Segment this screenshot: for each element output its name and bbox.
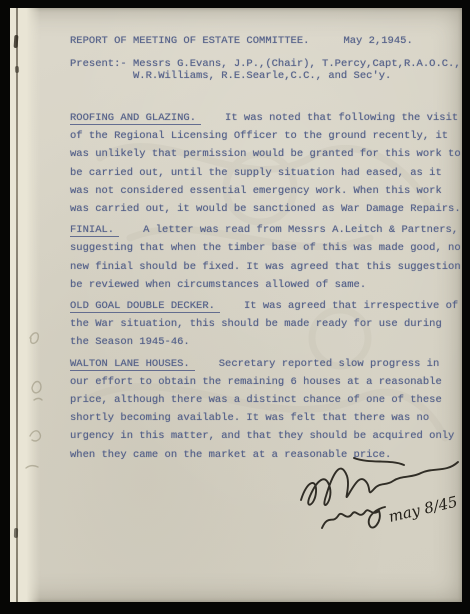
binding-stitch xyxy=(15,66,19,73)
section-heading: OLD GOAL DOUBLE DECKER. xyxy=(70,300,220,313)
handwritten-signature: may 8/45 xyxy=(298,448,470,544)
binding-stitch xyxy=(14,528,18,538)
section-body: It was noted that following the visit of… xyxy=(70,112,461,215)
section-roofing-and-glazing: ROOFING AND GLAZING.It was noted that fo… xyxy=(70,109,463,218)
attendees-line-2: W.R.Williams, R.E.Searle,C.C., and Sec'y… xyxy=(70,71,463,83)
section-heading: WALTON LANE HOUSES. xyxy=(70,358,195,371)
document-title: REPORT OF MEETING OF ESTATE COMMITTEE. xyxy=(70,35,309,48)
page-binding-edge xyxy=(10,8,40,602)
scanned-page: REPORT OF MEETING OF ESTATE COMMITTEE. M… xyxy=(10,8,462,602)
minutes-sections: ROOFING AND GLAZING.It was noted that fo… xyxy=(70,109,463,464)
document-date: May 2,1945. xyxy=(343,35,412,48)
typewritten-content: REPORT OF MEETING OF ESTATE COMMITTEE. M… xyxy=(70,35,463,467)
section-heading: FINIAL. xyxy=(70,224,119,237)
signature-date: may 8/45 xyxy=(387,493,459,526)
document-header: REPORT OF MEETING OF ESTATE COMMITTEE. M… xyxy=(70,35,463,48)
attendees-block: Present:- Messrs G.Evans, J.P.,(Chair), … xyxy=(70,59,463,82)
section-body: A letter was read from Messrs A.Leitch &… xyxy=(70,224,461,291)
scan-black-border: REPORT OF MEETING OF ESTATE COMMITTEE. M… xyxy=(0,0,470,614)
section-heading: ROOFING AND GLAZING. xyxy=(70,112,201,125)
section-old-goal-double-decker: OLD GOAL DOUBLE DECKER.It was agreed tha… xyxy=(70,297,463,352)
section-body: Secretary reported slow progress in our … xyxy=(70,358,454,461)
attendees-line-1: Present:- Messrs G.Evans, J.P.,(Chair), … xyxy=(70,59,463,71)
binding-thread xyxy=(16,8,18,602)
section-finial: FINIAL.A letter was read from Messrs A.L… xyxy=(70,221,463,294)
